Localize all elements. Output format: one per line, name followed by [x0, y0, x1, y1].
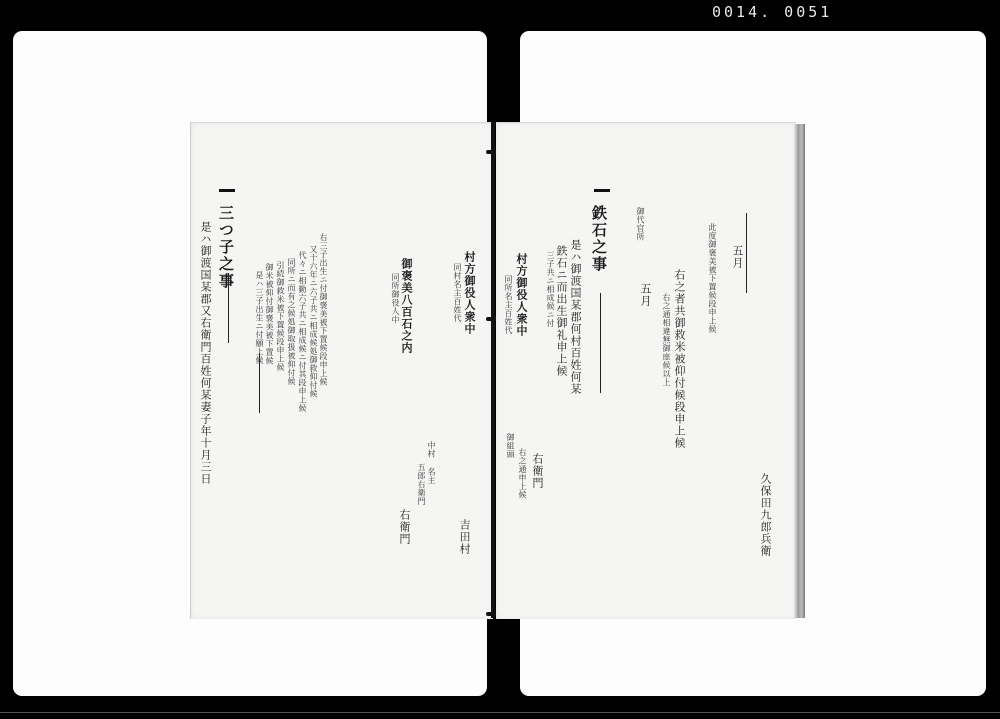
- right-column: 此度御褒美被下置候段申上候: [708, 223, 716, 334]
- right-column: 御組頭: [506, 433, 514, 459]
- film-bottom-tab: [487, 618, 510, 696]
- right-column: 右之通申上候: [518, 448, 526, 499]
- right-column: 鉄石ニ而出生御礼申上候: [556, 245, 567, 377]
- film-frame-counter: 0014. 0051: [712, 3, 832, 21]
- left-column: 又十六年ニ六子共ニ相成候処御救仰付候: [309, 245, 317, 398]
- right-page: 鉄石之事 是ハ御渡国某郡何村百姓何某 鉄石ニ而出生御礼申上候 三子共ニ相成候ニ付…: [496, 122, 796, 619]
- right-column: 是ハ御渡国某郡何村百姓何某: [570, 239, 581, 395]
- left-column: 右三子出生ニ付御褒美被下置候段申上候: [319, 233, 327, 386]
- right-column: 右之者共御救米被仰付候段申上候: [674, 269, 685, 449]
- right-column: 右衛門: [532, 453, 543, 489]
- left-column: 代々ニ相勤六子共ニ相成候ニ付其段申上候: [298, 251, 306, 413]
- left-column: 御褒美八百石之内: [401, 258, 412, 354]
- left-column: 吉田村: [459, 519, 470, 555]
- right-column: 五月: [732, 245, 743, 269]
- left-column: 御米被仰付御褒美被下置候: [265, 263, 273, 365]
- right-rule: [746, 213, 747, 293]
- right-heading-rule: [600, 293, 601, 393]
- film-edge-line: [0, 712, 1000, 713]
- right-column: 右之通相違無御座候以上: [662, 293, 670, 387]
- right-column: 同所名主百姓代: [504, 275, 512, 335]
- right-column: 五月: [640, 283, 651, 307]
- left-column: 同所ニ而有之候処御取扱被仰付候: [287, 258, 295, 386]
- left-column: 村方御役人衆中: [464, 251, 475, 335]
- right-heading-mark: [594, 189, 610, 192]
- right-column: 御代官所: [636, 207, 644, 241]
- left-rule: [259, 353, 260, 413]
- left-column: 是ハ三子出生ニ付願上候: [255, 271, 263, 365]
- left-heading: 三つ子之事: [218, 205, 233, 290]
- film-center-bar: [487, 0, 520, 123]
- left-page: 三つ子之事 是ハ御渡国某郡又右衛門百姓何某妻子年十月三日 右三子出生ニ付御褒美被…: [190, 122, 493, 619]
- right-column: 久保田九郎兵衛: [760, 473, 771, 557]
- left-column: 引続御救米被下置候段申上候: [276, 261, 284, 372]
- left-column: 同村名主百姓代: [453, 263, 461, 323]
- right-column: 村方御役人衆中: [516, 253, 527, 337]
- left-heading-mark: [219, 189, 235, 192]
- right-heading: 鉄石之事: [591, 205, 606, 273]
- left-heading-rule: [228, 273, 229, 343]
- page-stack-edge: [794, 124, 805, 618]
- left-column: 中村 名主: [427, 441, 435, 485]
- left-column: 五郎右衛門: [417, 463, 425, 506]
- left-column: 右衛門: [399, 509, 410, 545]
- right-column: 三子共ニ相成候ニ付: [546, 251, 554, 328]
- left-column: 同所御役人中: [391, 273, 399, 324]
- book-spine: [491, 122, 495, 618]
- left-column: 是ハ御渡国某郡又右衛門百姓何某妻子年十月三日: [200, 221, 211, 485]
- manuscript-book: 三つ子之事 是ハ御渡国某郡又右衛門百姓何某妻子年十月三日 右三子出生ニ付御褒美被…: [190, 122, 805, 618]
